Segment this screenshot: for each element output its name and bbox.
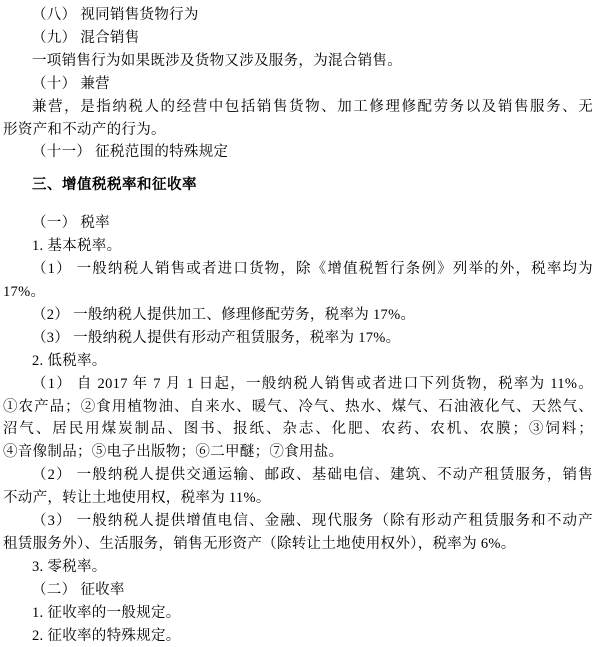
text-line: 租赁服务外）、生活服务，销售无形资产（除转让土地使用权外），税率为 6%。 (3, 533, 593, 556)
text-line: （十一） 征税范围的特殊规定 (3, 141, 593, 164)
text-line: ①农产品；②食用植物油、自来水、暖气、冷气、热水、煤气、石油液化气、天然气、 (3, 396, 593, 419)
text-line: 形资产和不动产的行为。 (3, 119, 593, 142)
text-line: （1） 一般纳税人销售或者进口货物，除《增值税暂行条例》列举的外，税率均为 (3, 258, 593, 281)
text-line: 不动产，转让土地使用权，税率为 11%。 (3, 487, 593, 510)
text-line: 一项销售行为如果既涉及货物又涉及服务，为混合销售。 (3, 50, 593, 73)
text-line: （一） 税率 (3, 212, 593, 235)
text-line: 2. 低税率。 (3, 350, 593, 373)
text-line: （十） 兼营 (3, 73, 593, 96)
text-line: 17%。 (3, 281, 593, 304)
text-line: 1. 征收率的一般规定。 (3, 602, 593, 625)
text-line: （九） 混合销售 (3, 27, 593, 50)
text-line: 1. 基本税率。 (3, 235, 593, 258)
text-line: ④音像制品；⑤电子出版物；⑥二甲醚；⑦食用盐。 (3, 441, 593, 464)
text-line: （二） 征收率 (3, 579, 593, 602)
document-page: （八） 视同销售货物行为（九） 混合销售一项销售行为如果既涉及货物又涉及服务，为… (0, 0, 598, 647)
text-line: （2） 一般纳税人提供交通运输、邮政、基础电信、建筑、不动产租赁服务，销售 (3, 464, 593, 487)
text-line: 沼气、居民用煤炭制品、图书、报纸、杂志、化肥、农药、农机、农膜；③饲料； (3, 418, 593, 441)
page: （八） 视同销售货物行为（九） 混合销售一项销售行为如果既涉及货物又涉及服务，为… (0, 0, 598, 647)
text-line: （1） 自 2017 年 7 月 1 日起，一般纳税人销售或者进口下列货物，税率… (3, 373, 593, 396)
text-line: （3） 一般纳税人提供增值电信、金融、现代服务（除有形动产租赁服务和不动产 (3, 510, 593, 533)
text-line: （2） 一般纳税人提供加工、修理修配劳务，税率为 17%。 (3, 304, 593, 327)
text-line: 3. 零税率。 (3, 556, 593, 579)
section-heading: 三、增值税税率和征收率 (3, 174, 593, 197)
text-line: （3） 一般纳税人提供有形动产租赁服务，税率为 17%。 (3, 327, 593, 350)
text-line: 兼营，是指纳税人的经营中包括销售货物、加工修理修配劳务以及销售服务、无 (3, 96, 593, 119)
text-line: （八） 视同销售货物行为 (3, 4, 593, 27)
text-line: 2. 征收率的特殊规定。 (3, 625, 593, 647)
